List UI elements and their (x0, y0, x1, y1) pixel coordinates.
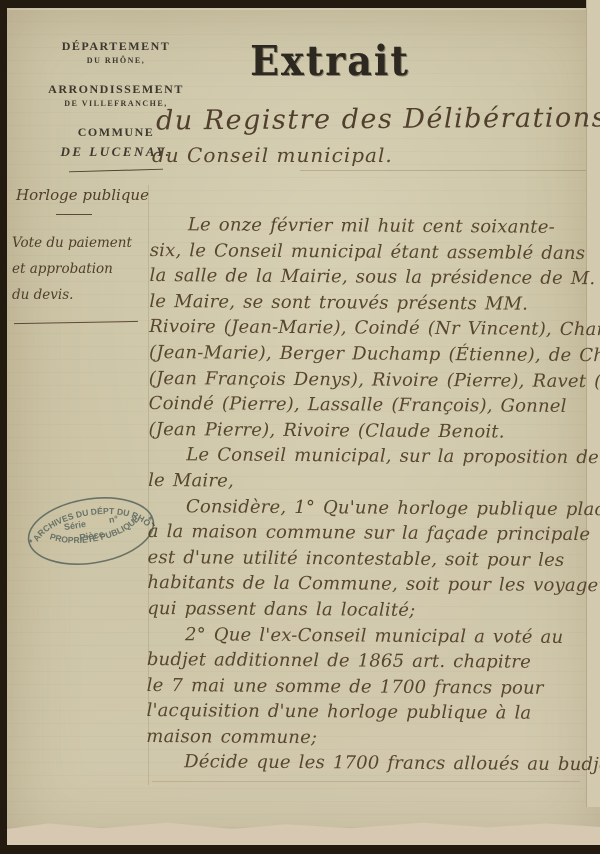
paper-crease (300, 170, 586, 171)
handwritten-line: Le Conseil municipal, sur la proposition… (148, 442, 588, 471)
handwritten-line: habitants de la Commune, soit pour les v… (147, 570, 587, 599)
handwritten-line: 2° Que l'ex-Conseil municipal a voté au (147, 621, 587, 650)
letterhead-departement: DÉPARTEMENT (40, 40, 192, 52)
margin-subject-underline (56, 214, 92, 215)
handwritten-line: le Maire, se sont trouvés présents MM. (149, 289, 589, 318)
handwritten-line: la salle de la Mairie, sous la présidenc… (149, 263, 589, 292)
handwritten-line: Décide que les 1700 francs alloués au bu… (146, 749, 586, 778)
handwritten-line: est d'une utilité incontestable, soit po… (147, 545, 587, 574)
handwritten-line: Coindé (Pierre), Lassalle (François), Go… (149, 391, 589, 420)
body-text: Le onze février mil huit cent soixante-s… (146, 212, 590, 778)
paper-crease (152, 781, 580, 782)
stamp-serie-label: Série (63, 519, 86, 532)
handwritten-line: maison commune; (146, 724, 586, 753)
handwritten-line: Rivoire (Jean-Marie), Coindé (Nr Vincent… (149, 314, 589, 343)
document-title: Extrait (220, 36, 440, 85)
handwritten-line: à la maison commune sur la façade princi… (148, 519, 588, 548)
handwritten-line: qui passent dans la localité; (147, 596, 587, 625)
handwritten-line: (Jean-Marie), Berger Duchamp (Étienne), … (149, 340, 589, 369)
handwritten-line: (Jean Pierre), Rivoire (Claude Benoit. (148, 417, 588, 446)
margin-note-line: Vote du paiement (12, 230, 152, 256)
handwritten-line: (Jean François Denys), Rivoire (Pierre),… (149, 366, 589, 395)
letterhead-arrondissement: ARRONDISSEMENT (40, 83, 192, 95)
margin-note: Vote du paiementet approbationdu devis. (12, 230, 152, 308)
handwritten-line: le Maire, (148, 468, 588, 497)
stamp-numero-label: n° (108, 514, 119, 525)
document-subtitle-line1: du Registre des Délibérations (156, 102, 586, 136)
margin-subject-note: Horloge publique (16, 186, 152, 204)
letterhead-departement-sub: DU RHÔNE, (40, 57, 192, 65)
document-subtitle-line2: du Conseil municipal. (152, 143, 393, 167)
handwritten-line: l'acquisition d'une horloge publique à l… (146, 698, 586, 727)
handwritten-line: le 7 mai une somme de 1700 francs pour (147, 673, 587, 702)
margin-note-line: et approbation (12, 256, 152, 282)
handwritten-line: six, le Conseil municipal étant assemblé… (150, 238, 590, 267)
handwritten-line: Le onze février mil huit cent soixante- (150, 212, 590, 241)
handwritten-line: budjet additionnel de 1865 art. chapitre (147, 647, 587, 676)
margin-note-line: du devis. (12, 282, 152, 308)
handwritten-line: Considère, 1° Qu'une horloge publique pl… (148, 494, 588, 523)
